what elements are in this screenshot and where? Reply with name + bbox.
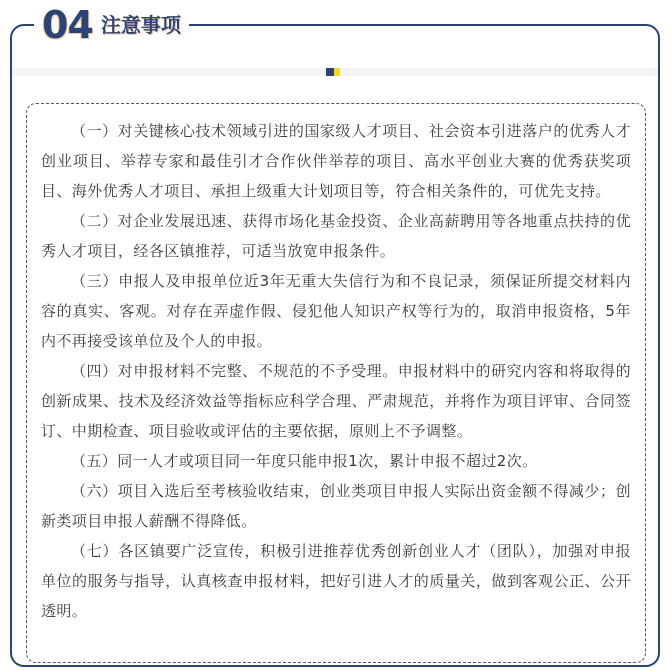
notice-item-4: （四）对申报材料不完整、不规范的不予受理。申报材料中的研究内容和将取得的创新成果… — [41, 356, 631, 446]
notice-item-6: （六）项目入选后至考核验收结束，创业类项目申报人实际出资金额不得减少；创新类项目… — [41, 476, 631, 536]
notice-item-7: （七）各区镇要广泛宣传，积极引进推荐优秀创新创业人才（团队），加强对申报单位的服… — [41, 536, 631, 626]
notice-item-1: （一）对关键核心技术领域引进的国家级人才项目、社会资本引进落户的优秀人才创业项目… — [41, 116, 631, 206]
notice-item-2: （二）对企业发展迅速、获得市场化基金投资、企业高薪聘用等各地重点扶持的优秀人才项… — [41, 206, 631, 266]
navy-square-icon — [326, 68, 334, 76]
section-header: 04 注意事项 — [34, 2, 189, 44]
section-title: 注意事项 — [101, 9, 181, 38]
notice-item-3: （三）申报人及申报单位近3年无重大失信行为和不良记录，须保证所提交材料内容的真实… — [41, 266, 631, 356]
notice-item-5: （五）同一人才或项目同一年度只能申报1次，累计申报不超过2次。 — [41, 446, 631, 476]
section-number: 04 — [42, 6, 93, 44]
notice-content-box: （一）对关键核心技术领域引进的国家级人才项目、社会资本引进落户的优秀人才创业项目… — [26, 103, 646, 663]
yellow-square-icon — [334, 68, 340, 76]
